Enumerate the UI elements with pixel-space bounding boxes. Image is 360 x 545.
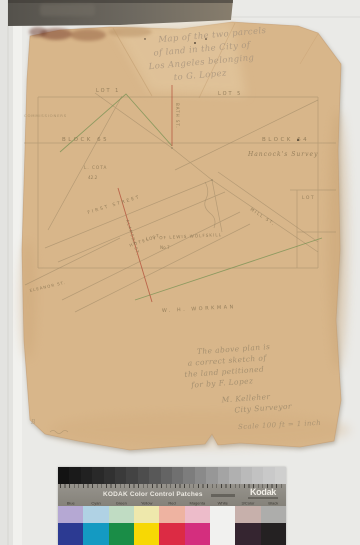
label-commissioners: COMMISSIONERS: [24, 113, 67, 118]
label-survey: Hancock's Survey: [247, 151, 318, 158]
patch-label: Green: [116, 501, 127, 506]
label-bath-st: BATH ST.: [175, 103, 180, 129]
grayscale-strip: [58, 467, 286, 484]
patch-label: White: [218, 501, 229, 506]
label-cota: L. COTA: [84, 165, 107, 170]
color-patch: [183, 467, 194, 484]
color-patch: [104, 467, 115, 484]
patch-label: Blue: [67, 501, 76, 506]
color-patch: [83, 523, 108, 545]
kodak-bar-title: KODAK Color Control Patches: [103, 491, 203, 498]
patch-label: 3/Color: [242, 501, 256, 506]
closing-note: The above plan isa correct sketch ofthe …: [183, 341, 273, 391]
label-block-left: BLOCK 65: [62, 137, 109, 143]
color-patch: [92, 467, 103, 484]
color-patch: [206, 467, 217, 484]
color-patch: [138, 467, 149, 484]
color-patch: [185, 506, 210, 523]
color-patch: [159, 523, 184, 545]
film-strip-edge: [8, 0, 233, 3]
stain: [29, 27, 47, 37]
color-patch: [134, 506, 159, 523]
paper-edge-shading: [328, 110, 348, 370]
patch-label: Black: [268, 501, 278, 506]
color-patch: [115, 467, 126, 484]
label-block-right: BLOCK 64: [262, 137, 309, 143]
patch-label: Red: [168, 501, 175, 506]
color-patch: [134, 523, 159, 545]
kodak-color-bar: KODAK Color Control Patches Kodak Blue C…: [58, 467, 286, 545]
kodak-header-band: KODAK Color Control Patches Kodak Blue C…: [58, 484, 286, 506]
color-patch: [261, 506, 286, 523]
color-patch: [83, 506, 108, 523]
paper-bottom-shading: [50, 412, 350, 448]
color-patch: [210, 523, 235, 545]
fine-print-smudge: [211, 494, 235, 497]
patch-label: Yellow: [141, 501, 153, 506]
corner-mark: B: [31, 419, 36, 426]
label-lot-of-num: No 7: [160, 245, 170, 250]
stain: [70, 29, 106, 41]
film-strip-highlight: [40, 4, 95, 16]
color-patch: [58, 523, 83, 545]
color-patch: [159, 506, 184, 523]
label-cota-num: 42.2: [88, 175, 98, 180]
color-patch: [185, 523, 210, 545]
label-lot5: LOT 5: [218, 91, 242, 97]
color-patch: [241, 467, 252, 484]
patch-labels-row: Blue Cyan Green Yellow Red Magenta White…: [58, 499, 286, 506]
patch-label: Magenta: [190, 501, 206, 506]
color-patch: [172, 467, 183, 484]
kodak-logo: Kodak: [250, 487, 276, 497]
label-lot-right: LOT: [302, 195, 315, 201]
color-patch: [218, 467, 229, 484]
solid-patches-row: [58, 523, 286, 545]
color-patch: [109, 506, 134, 523]
color-patch: [275, 467, 286, 484]
color-patch: [58, 506, 83, 523]
color-patch: [235, 523, 260, 545]
color-patch: [235, 506, 260, 523]
scan-left-gap: [13, 0, 22, 545]
patch-label: Cyan: [91, 501, 100, 506]
color-patch: [195, 467, 206, 484]
color-patch: [263, 467, 274, 484]
title-inscription: Map of the two parcelsof land in the Cit…: [146, 25, 270, 87]
color-patch: [69, 467, 80, 484]
color-patch: [210, 506, 235, 523]
color-patch: [126, 467, 137, 484]
color-patch: [261, 523, 286, 545]
tint-patches-row: [58, 506, 286, 523]
scan-left-margin: [0, 0, 13, 545]
color-patch: [229, 467, 240, 484]
color-patch: [161, 467, 172, 484]
label-lot1: LOT 1: [96, 88, 120, 94]
paper-left-shading: [20, 240, 36, 360]
color-patch: [252, 467, 263, 484]
color-patch: [81, 467, 92, 484]
color-patch: [109, 523, 134, 545]
color-patch: [58, 467, 69, 484]
color-patch: [149, 467, 160, 484]
scanned-document: LOT 1 LOT 5 BLOCK 65 BLOCK 64 Hancock's …: [0, 0, 360, 545]
